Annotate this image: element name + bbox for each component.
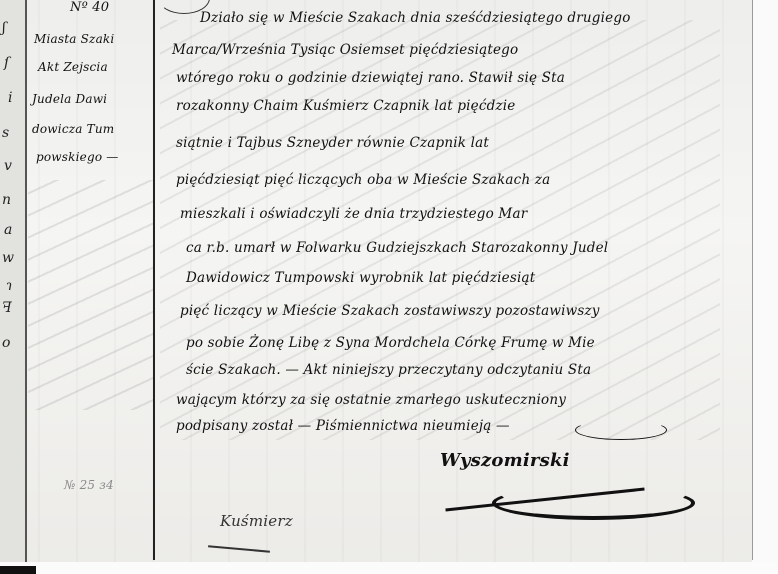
page-fold-line	[25, 0, 27, 574]
page-bottom-edge	[0, 562, 778, 574]
margin-rule	[153, 0, 155, 560]
strip-fragment: ʃ	[2, 20, 6, 36]
strip-fragment: ꟻ	[2, 300, 12, 316]
record-number: Nº 40	[70, 0, 109, 15]
record-line: Marca/Września Tysiąc Osiemset pięćdzies…	[172, 42, 518, 58]
record-line: Działo się w Mieście Szakach dnia sześćd…	[200, 10, 631, 26]
strip-fragment: s	[2, 125, 9, 141]
record-line: ście Szakach. — Akt niniejszy przeczytan…	[186, 362, 591, 378]
witness-signature: Kuśmierz	[220, 512, 293, 530]
record-line: po sobie Żonę Libę z Syna Mordchela Córk…	[186, 335, 595, 351]
strip-fragment: w	[2, 250, 14, 266]
page-right-border	[752, 0, 753, 560]
record-line: wającym którzy za się ostatnie zmarłego …	[176, 392, 566, 408]
record-line: ca r.b. umarł w Folwarku Gudziejszkach S…	[186, 240, 608, 256]
scan-corner-shadow	[0, 566, 36, 574]
record-line: siątnie i Tajbus Szneyder równie Czapnik…	[176, 135, 489, 151]
ink-bleed-through-margin	[28, 180, 153, 410]
closing-flourish	[575, 420, 667, 440]
official-signature: Wyszomirski	[440, 450, 570, 471]
record-line: wtórego roku o godzinie dziewiątej rano.…	[176, 70, 565, 86]
strip-fragment: ɿ	[6, 278, 13, 294]
record-line: pięć liczący w Mieście Szakach zostawiws…	[180, 303, 600, 319]
margin-line: powskiego —	[36, 150, 118, 164]
strip-fragment: i	[8, 90, 13, 106]
margin-line: Akt Zejscia	[38, 60, 108, 74]
strip-fragment: n	[2, 192, 11, 208]
document-page: ʃ ſ i s v n a w ɿ ꟻ o Nº 40 Miasta Szaki…	[0, 0, 778, 574]
witness-underline	[208, 545, 270, 552]
record-line: podpisany został — Piśmiennictwa nieumie…	[176, 418, 510, 434]
strip-fragment: ſ	[4, 55, 9, 71]
record-line: rozakonny Chaim Kuśmierz Czapnik lat pię…	[176, 98, 516, 114]
record-line: Dawidowicz Tumpowski wyrobnik lat pięćdz…	[186, 270, 535, 286]
margin-line: dowicza Tum	[32, 122, 114, 136]
record-line: pięćdziesiąt pięć liczących oba w Mieści…	[176, 172, 550, 188]
record-line: mieszkali i oświadczyli że dnia trzydzie…	[180, 206, 527, 222]
strip-fragment: o	[2, 335, 11, 351]
adjacent-page-strip	[0, 0, 26, 574]
margin-line: Miasta Szaki	[34, 32, 114, 46]
strip-fragment: v	[4, 158, 12, 174]
margin-line: Judela Dawi	[32, 92, 107, 106]
faint-margin-note: № 25 з4	[64, 478, 114, 492]
page-right-edge	[752, 0, 778, 574]
strip-fragment: a	[4, 222, 13, 238]
